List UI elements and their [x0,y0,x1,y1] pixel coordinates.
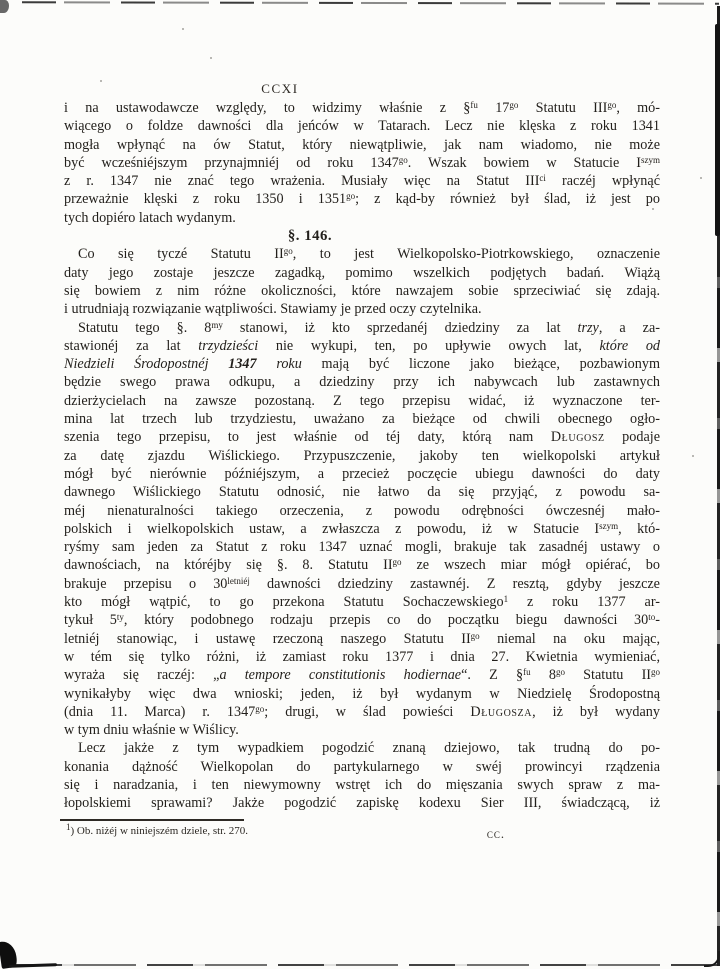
superscript-text: go [346,191,355,201]
text-line: Co się tyczé Statutu IIgo, to jest Wielk… [64,245,660,263]
text-line: mogła wpłynąć na ów Statut, który niewąt… [64,136,660,154]
text-segment: , mó- [616,100,660,116]
text-segment: , któ- [618,521,660,537]
superscript-text: szym [599,521,618,531]
text-segment: letniéj stanowiąc, i ustawę rzeczoną nas… [64,631,471,647]
text-line: dzierżycielach na zawsze pozostaną. Z te… [64,392,660,410]
text-line: stawionéj za lat trzydzieści nie wykupi,… [64,337,660,355]
text-segment: ; z kąd-by również był ślad, iż jest po [355,191,660,207]
scan-artifact-right-edge-thick [715,24,720,236]
text-line: w tém się tylko różni, iż zamiast roku 1… [64,648,660,666]
text-segment: mają być liczone jako bieżące, pozbawion… [302,356,660,372]
text-line: kto mógł wątpić, to go przekona Statutu … [64,593,660,611]
paragraph: Co się tyczé Statutu IIgo, to jest Wielk… [64,245,660,318]
text-segment: dzierżycielach na zawsze pozostaną. Z te… [64,393,660,409]
paragraphs: i na ustawodawcze względy, to widzimy wł… [64,99,660,813]
text-line: się i naradzania, i ten niewymowny wstrę… [64,776,660,794]
text-segment: - [655,612,660,628]
superscript-text: go [651,667,660,677]
text-segment: nie wykupi, ten, po upływie owych lat, [258,338,599,354]
scan-speck [210,57,212,59]
text-segment: 1347 [228,356,256,372]
text-segment: szenia tego przepisu, to jest właśnie od… [64,429,551,445]
paragraph: Lecz jakże z tym wypadkiem pogodzić znan… [64,739,660,812]
text-segment: się i naradzania, i ten niewymowny wstrę… [64,777,660,793]
text-line: konania dążność Wielkopolan do partykula… [64,758,660,776]
text-segment: ryśmy sam jeden za Statut z roku 1347 uz… [64,539,660,555]
scan-speck [100,80,102,82]
text-line: tykuł 5ty, który podobnego rodzaju przep… [64,611,660,629]
text-segment: trzydzieści [198,338,258,354]
text-segment: dawnego Wiślickiego Statutu odnosić, nie… [64,484,660,500]
text-segment: , który podobnego rodzaju przepis co do … [124,612,648,628]
scan-speck [700,177,702,179]
text-segment: Długosz [551,429,605,445]
text-segment: “. Z § [461,667,523,683]
text-segment: konania dążność Wielkopolan do partykula… [64,759,660,775]
text-line: daty jego zostaje jeszcze zagadką, pomim… [64,264,660,282]
text-segment: podaje [605,429,660,445]
text-segment: trzy [578,320,599,336]
text-segment: a tempore constitutionis hodiernae [219,667,461,683]
text-segment: kto mógł wątpić, to go przekona Statutu … [64,594,504,610]
text-segment: 17 [478,100,509,116]
text-line: będzie swego prawa odkupu, a dziedziny p… [64,373,660,391]
text-segment: stawionéj za lat [64,338,198,354]
text-segment: z roku 1377 ar- [508,594,660,610]
text-line: wyraża się raczéj: „a tempore constituti… [64,666,660,684]
text-line: wiącego o foldze dawności dla jeńców w T… [64,117,660,135]
text-line: łopolskiemi sprawami? Jakże pogodzić zap… [64,794,660,812]
text-segment: łopolskiemi sprawami? Jakże pogodzić zap… [64,795,660,811]
text-segment: Statutu tego §. 8 [78,320,211,336]
text-segment: Co się tyczé Statutu II [78,246,284,262]
text-segment: brakuje przepisu o 30 [64,576,227,592]
text-segment: tych dopiéro latach wydanym. [64,210,236,226]
text-segment: raczéj wpłynąć [546,173,660,189]
superscript-text: fu [523,667,531,677]
text-segment: i na ustawodawcze względy, to widzimy wł… [64,100,470,116]
text-segment: za datę zjazdu Wiślickiego. Przypuszczen… [64,448,660,464]
text-segment: . Wszak bowiem w Statucie I [408,155,641,171]
text-segment: być wcześniéjszym przynajmniéj od roku 1… [64,155,399,171]
text-line: Statutu tego §. 8my stanowi, iż kto sprz… [64,319,660,337]
text-line: i utrudniają rozwiązanie wątpliwości. St… [64,300,660,318]
page-scan: CCXI i na ustawodawcze względy, to widzi… [0,0,720,969]
text-segment: wyraża się raczéj: „ [64,667,219,683]
text-segment: w tém się tylko różni, iż zamiast roku 1… [64,649,660,665]
text-line: z r. 1347 nie znać tego wrażenia. Musiał… [64,172,660,190]
text-segment: wynikałyby więc dwa wnioski; jeden, iż b… [64,686,660,702]
scan-artifact-bottom-edge [16,964,718,966]
text-line: w tym dniu właśnie w Wiślicy. [64,721,660,739]
text-segment: niemal na oku mając, [480,631,660,647]
text-segment: będzie swego prawa odkupu, a dziedziny p… [64,374,660,390]
superscript-text: my [211,320,223,330]
text-segment: mogła wpłynąć na ów Statut, który niewąt… [64,137,660,153]
scan-artifact-ink-blob-tail [9,963,57,968]
superscript-text: go [556,667,565,677]
text-segment: roku [257,356,302,372]
text-segment: , a za- [599,320,660,336]
superscript-text: go [284,246,293,256]
text-segment: wiącego o foldze dawności dla jeńców w T… [64,118,660,134]
text-line: za datę zjazdu Wiślickiego. Przypuszczen… [64,447,660,465]
text-segment: ze wszech miar mógł opiérać, bo [402,557,660,573]
text-segment: Statutu II [565,667,651,683]
text-line: dawnego Wiślickiego Statutu odnosić, nie… [64,483,660,501]
text-segment: w tym dniu właśnie w Wiślicy. [64,722,239,738]
text-segment: tykuł 5 [64,612,117,628]
scan-artifact-top-edge [22,1,719,4]
text-segment: dawnościach, na któréjby się §. 8. Statu… [64,557,393,573]
text-segment: ; drugi, w ślad powieści [264,704,470,720]
superscript-text: go [393,557,402,567]
text-segment: mógł być nierównie późniéjszym, a przeci… [64,466,660,482]
text-segment: polskich i wielkopolskich ustaw, a zwłas… [64,521,599,537]
superscript-text: go [471,631,480,641]
text-line: przeważnie klęski z roku 1350 i 1351go; … [64,190,660,208]
text-segment: stanowi, iż kto sprzedanéj dziedziny za … [223,320,578,336]
text-line: się bowiem z nim różne okoliczności, któ… [64,282,660,300]
text-line: letniéj stanowiąc, i ustawę rzeczoną nas… [64,630,660,648]
text-line: ryśmy sam jeden za Statut z roku 1347 uz… [64,538,660,556]
text-segment: z r. 1347 nie znać tego wrażenia. Musiał… [64,173,539,189]
text-line: brakuje przepisu o 30letniéj dawności dz… [64,575,660,593]
body-text: i na ustawodawcze względy, to widzimy wł… [64,99,660,838]
text-segment: dawności dziedziny zastawnéj. Z resztą, … [250,576,660,592]
text-line: być wcześniéjszym przynajmniéj od roku 1… [64,154,660,172]
text-line: wynikałyby więc dwa wnioski; jeden, iż b… [64,685,660,703]
superscript-text: fu [470,100,478,110]
section-heading: §. 146. [12,227,608,245]
text-line: dawnościach, na któréjby się §. 8. Statu… [64,556,660,574]
text-segment: (dnia 11. Marca) r. 1347 [64,704,255,720]
text-segment: które od [600,338,661,354]
text-segment: Niedzieli Środopostnéj [64,356,228,372]
text-line: mina lat trzech lub trzydziestu, uważano… [64,410,660,428]
text-line: szenia tego przepisu, to jest właśnie od… [64,428,660,446]
superscript-text: ty [117,612,124,622]
text-line: i na ustawodawcze względy, to widzimy wł… [64,99,660,117]
paragraph: Statutu tego §. 8my stanowi, iż kto sprz… [64,319,660,740]
text-segment: Długosza [470,704,532,720]
text-line: méj nienaturalności takiego orzeczenia, … [64,502,660,520]
text-segment: 8 [531,667,556,683]
page-number: CCXI [230,81,330,97]
text-segment: ) Ob. niżéj w niniejszém dziele, str. 27… [71,825,248,837]
text-segment: , iż był wydany [532,704,660,720]
text-segment: daty jego zostaje jeszcze zagadką, pomim… [64,265,660,281]
superscript-text: go [607,100,616,110]
footnote-text: 1) Ob. niżéj w niniejszém dziele, str. 2… [64,824,660,838]
footnote-rule [60,819,244,821]
text-segment: przeważnie klęski z roku 1350 i 1351 [64,191,346,207]
text-segment: i utrudniają rozwiązanie wątpliwości. St… [64,301,482,317]
text-line: tych dopiéro latach wydanym. [64,209,660,227]
scan-artifact-topleft-mark [0,0,9,13]
text-line: Lecz jakże z tym wypadkiem pogodzić znan… [64,739,660,757]
scan-speck [182,28,184,30]
text-segment: mina lat trzech lub trzydziestu, uważano… [64,411,660,427]
superscript-text: letniéj [227,576,250,586]
signature-mark: cc. [468,827,524,842]
text-segment: Statutu III [518,100,607,116]
text-line: polskich i wielkopolskich ustaw, a zwłas… [64,520,660,538]
text-line: (dnia 11. Marca) r. 1347go; drugi, w śla… [64,703,660,721]
text-line: mógł być nierównie późniéjszym, a przeci… [64,465,660,483]
text-segment: méj nienaturalności takiego orzeczenia, … [64,503,660,519]
paragraph: i na ustawodawcze względy, to widzimy wł… [64,99,660,227]
superscript-text: szym [641,155,660,165]
superscript-text: go [399,155,408,165]
text-segment: się bowiem z nim różne okoliczności, któ… [64,283,660,299]
text-line: Niedzieli Środopostnéj 1347 roku mają by… [64,355,660,373]
text-segment: Lecz jakże z tym wypadkiem pogodzić znan… [78,740,660,756]
text-segment: , to jest Wielkopolsko-Piotrkowskiego, o… [293,246,660,262]
scan-speck [692,455,694,457]
superscript-text: go [255,704,264,714]
